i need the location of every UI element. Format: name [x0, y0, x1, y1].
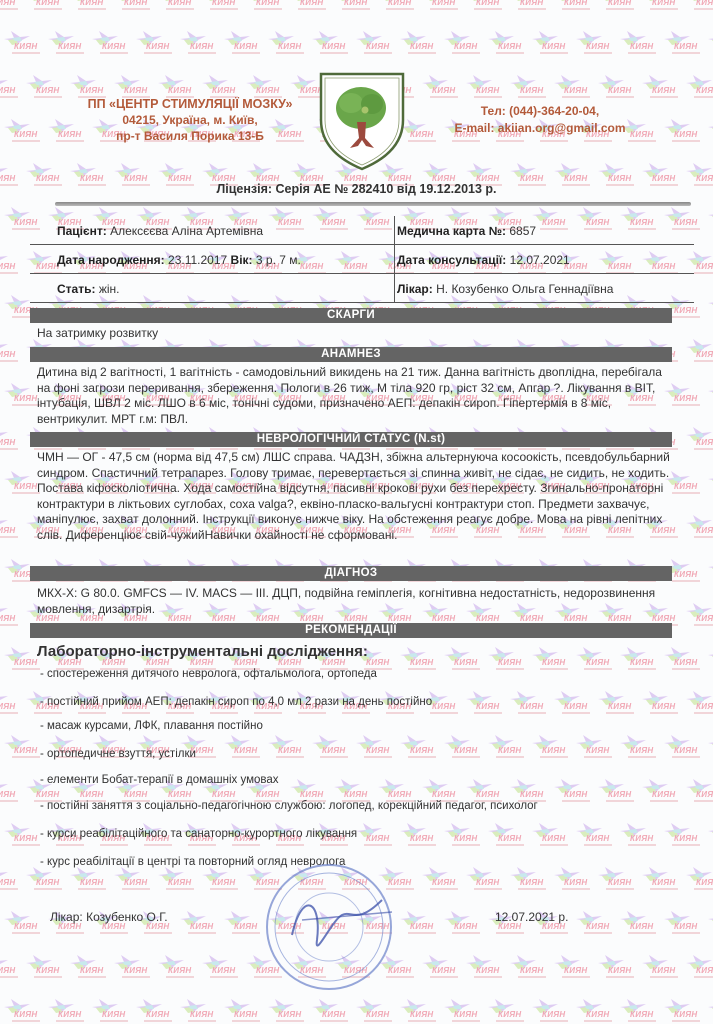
- tree-shield-icon: [317, 70, 407, 172]
- diagnosis-text: МКХ-Х: G 80.0. GMFCS — IV. MACS — III. Д…: [37, 586, 677, 617]
- license-info: Ліцензія: Серія АЕ № 282410 від 19.12.20…: [0, 182, 713, 196]
- complaints-text: На затримку розвитку: [37, 326, 677, 342]
- section-header-recommendations: РЕКОМЕНДАЦІЇ: [30, 623, 672, 638]
- section-header-diagnosis: ДІАГНОЗ: [30, 566, 672, 581]
- doctor: Лікар: Н. Козубенко Ольга Геннадіївна: [397, 282, 613, 296]
- organization-info: ПП «ЦЕНТР СТИМУЛЯЦІЇ МОЗКУ» 04215, Украї…: [80, 96, 300, 144]
- org-name: ПП «ЦЕНТР СТИМУЛЯЦІЇ МОЗКУ»: [80, 96, 300, 112]
- header-divider: [55, 202, 691, 206]
- patient-name: Пацієнт: Алексєєва Аліна Артемівна: [57, 224, 263, 238]
- section-header-complaints: СКАРГИ: [30, 308, 672, 323]
- org-address-line1: 04215, Україна, м. Київ,: [80, 112, 300, 128]
- recommendation-item: - постійні заняття з соціально-педагогіч…: [40, 800, 538, 812]
- recommendation-item: - спостереження дитячого невролога, офта…: [40, 668, 377, 680]
- signature-date: 12.07.2021 р.: [495, 910, 568, 924]
- medical-card-number: Медична карта №: 6857: [397, 224, 536, 238]
- stamp-seal-icon: [262, 860, 397, 995]
- patient-info-table: Пацієнт: Алексєєва Аліна Артемівна Медич…: [30, 216, 694, 303]
- recommendation-item: - курси реабілітаційного та санаторно-ку…: [40, 828, 357, 840]
- section-header-neuro-status: НЕВРОЛОГІЧНИЙ СТАТУС (N.st): [30, 432, 672, 447]
- recommendation-item: - ортопедичне взуття, устілки: [40, 748, 196, 760]
- email: E-mail: akiian.org@gmail.com: [430, 120, 650, 137]
- info-row: Пацієнт: Алексєєва Аліна Артемівна Медич…: [30, 216, 694, 245]
- recommendation-item: - постійний прийом АЕП: депакін сироп по…: [40, 696, 432, 708]
- org-address-line2: пр-т Василя Порика 13-Б: [80, 128, 300, 144]
- phone: Тел: (044)-364-20-04,: [430, 103, 650, 120]
- neuro-status-text: ЧМН — ОГ - 47,5 см (норма від 47,5 см) Л…: [37, 450, 677, 543]
- recommendation-item: - елементи Бобат-терапії в домашніх умов…: [40, 774, 279, 786]
- anamnesis-text: Дитина від 2 вагітності, 1 вагітність - …: [37, 365, 677, 427]
- lab-studies-title: Лабораторно-інструментальні дослідження:: [37, 643, 368, 660]
- info-row: Дата народження: 23.11.2017 Вік: 3 р. 7 …: [30, 245, 694, 274]
- date-of-birth: Дата народження: 23.11.2017 Вік: 3 р. 7 …: [57, 253, 301, 267]
- info-row: Стать: жін. Лікар: Н. Козубенко Ольга Ге…: [30, 274, 694, 303]
- contact-info: Тел: (044)-364-20-04, E-mail: akiian.org…: [430, 103, 650, 137]
- recommendation-item: - масаж курсами, ЛФК, плавання постійно: [40, 720, 263, 732]
- section-header-anamnesis: АНАМНЕЗ: [30, 347, 672, 362]
- signature-doctor: Лікар: Козубенко О.Г.: [50, 910, 168, 924]
- consultation-date: Дата консультації: 12.07.2021: [397, 253, 570, 267]
- sex: Стать: жін.: [57, 282, 119, 296]
